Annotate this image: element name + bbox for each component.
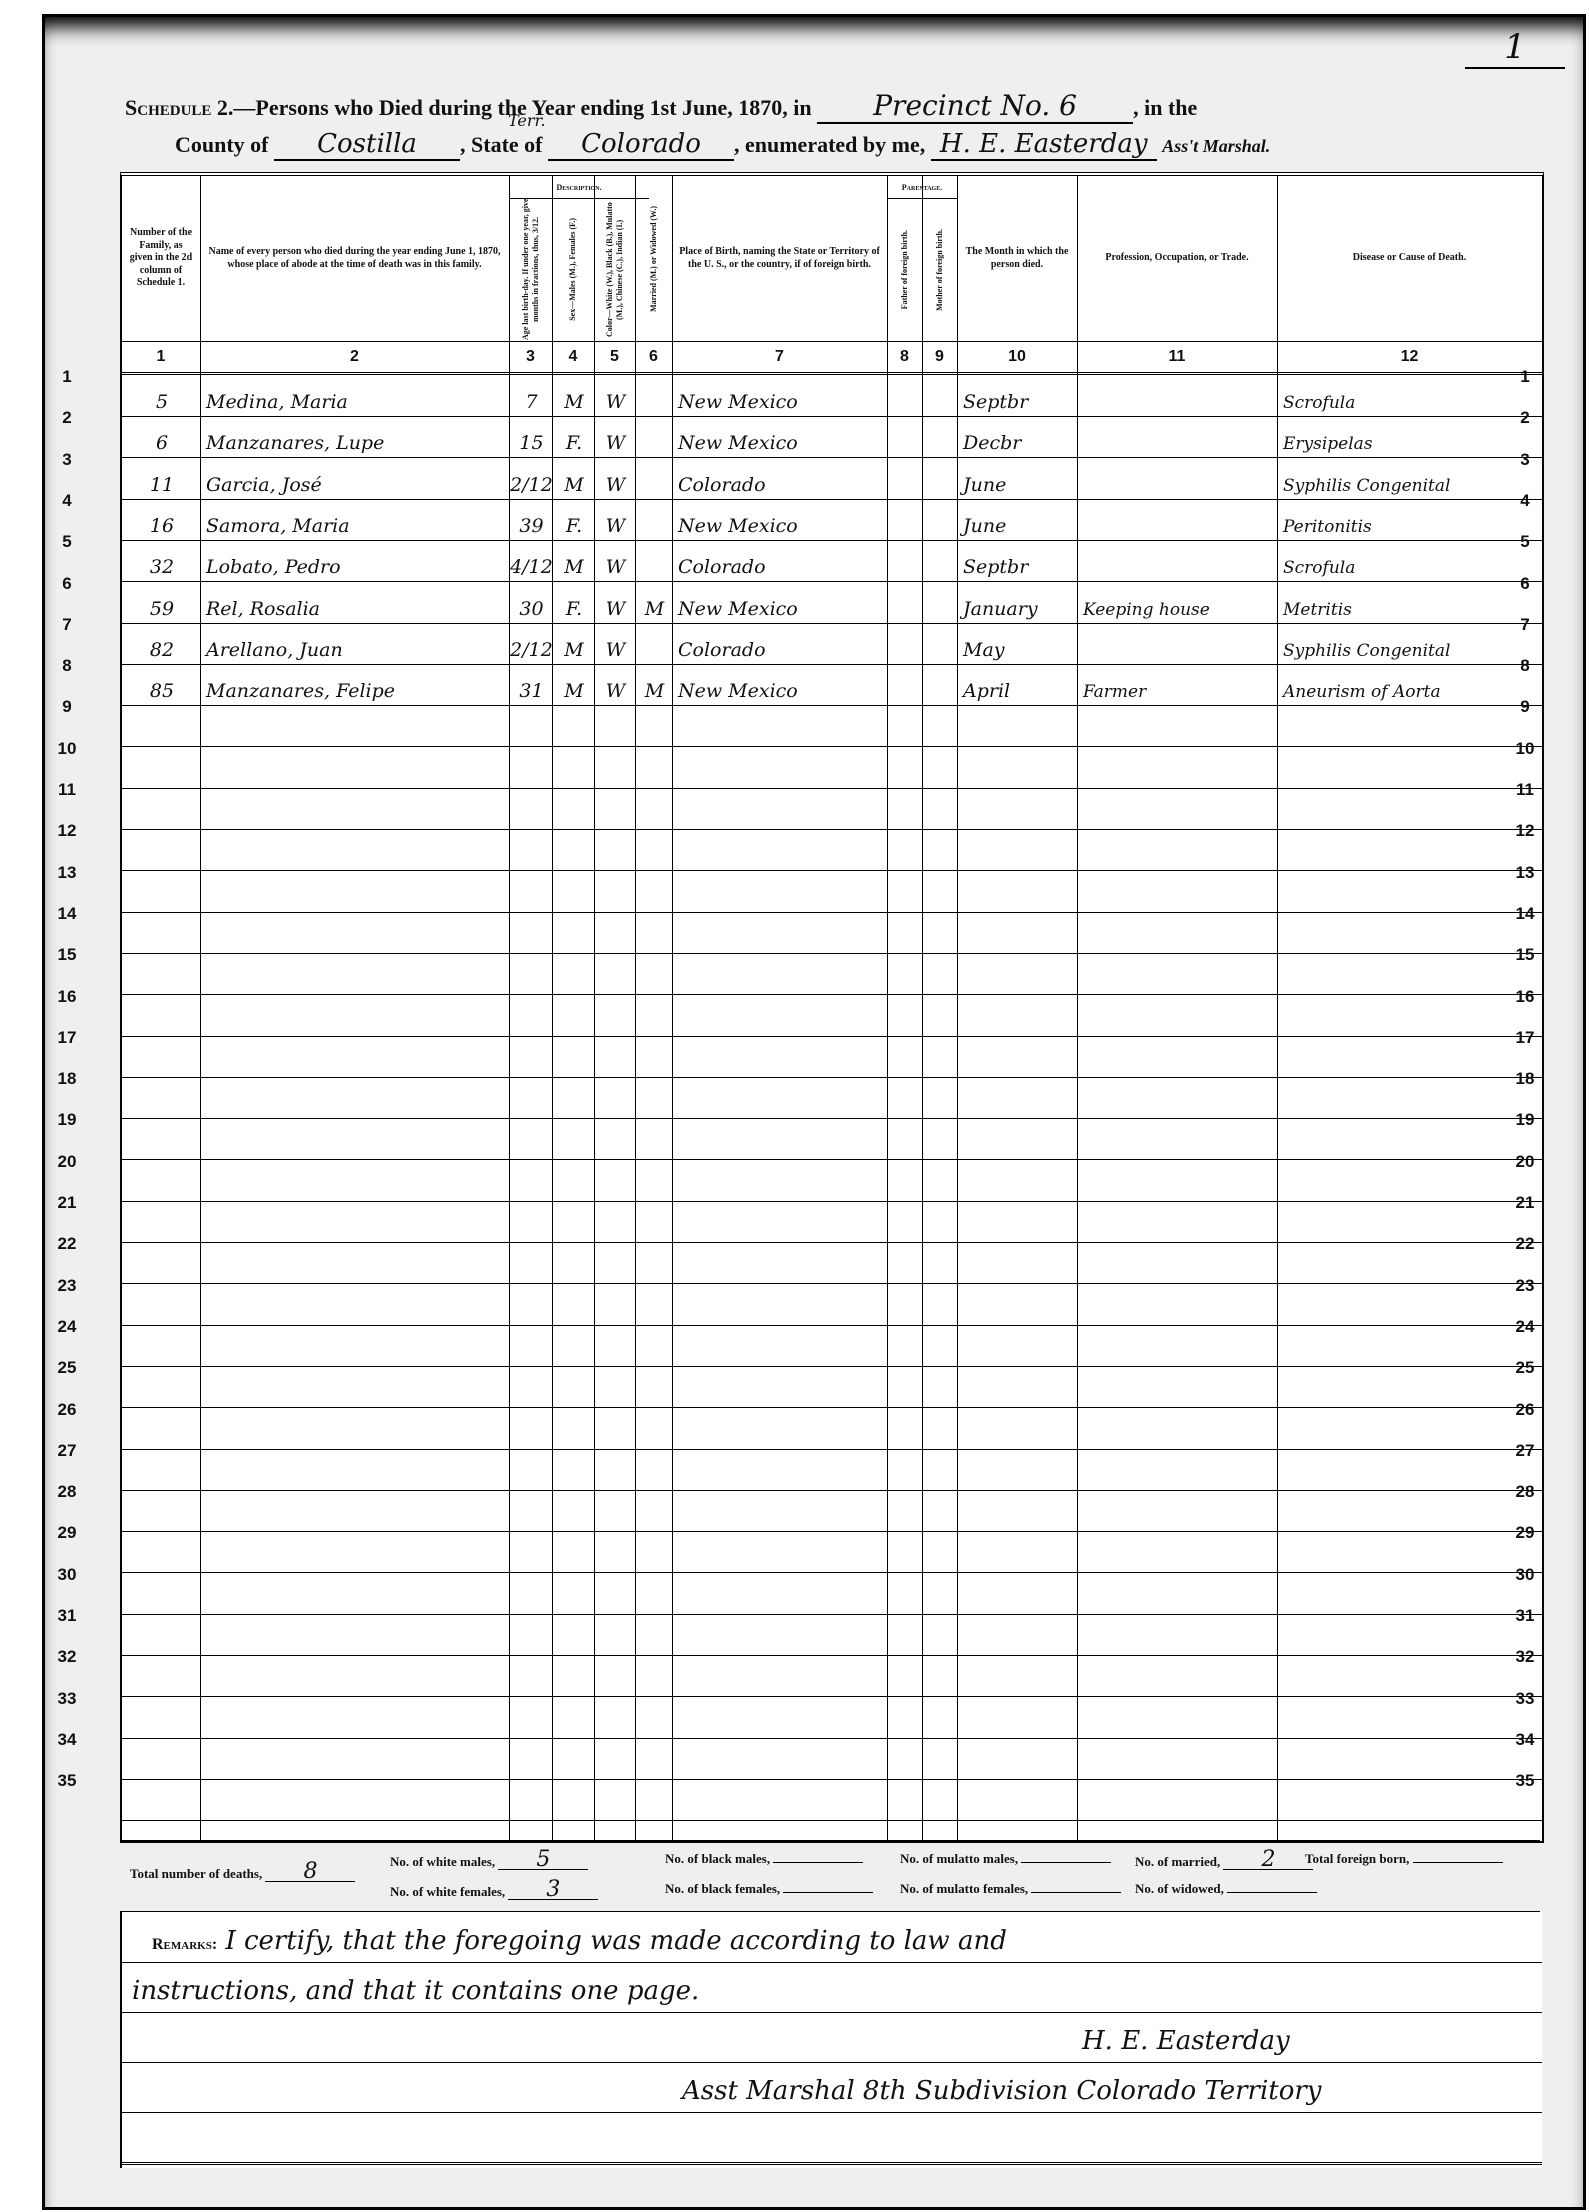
table-row: 82Arellano, Juan2/12MWColoradoMaySyphili…	[122, 623, 1542, 665]
line-number-left: 16	[52, 987, 82, 1007]
column-divider	[957, 176, 958, 1841]
line-number-right: 29	[1510, 1523, 1540, 1543]
line-number-left: 12	[52, 821, 82, 841]
cell-color: W	[600, 458, 631, 499]
cell-birthplace: New Mexico	[678, 664, 883, 705]
table-row	[122, 953, 1542, 995]
cell-sex: M	[558, 458, 590, 499]
cell-sex: F.	[558, 582, 590, 623]
place-field: Precinct No. 6	[817, 89, 1133, 124]
cell-cause: Scrofula	[1283, 540, 1538, 581]
line-number-right: 22	[1510, 1234, 1540, 1254]
line-number-left: 21	[52, 1193, 82, 1213]
state-annotation: Terr.	[508, 111, 546, 130]
column-divider	[672, 176, 673, 1841]
column-header-11: Profession, Occupation, or Trade.	[1077, 176, 1277, 341]
line-number-right: 18	[1510, 1069, 1540, 1089]
table-row	[122, 1036, 1542, 1078]
cell-married	[641, 499, 668, 540]
line-number-right: 14	[1510, 904, 1540, 924]
white-females: No. of white females, 3	[390, 1881, 598, 1900]
line-number-left: 26	[52, 1400, 82, 1420]
table-row	[122, 747, 1542, 789]
cell-occupation	[1083, 416, 1273, 457]
table-row	[122, 1531, 1542, 1573]
cell-father-foreign	[893, 458, 918, 499]
remarks-label: Remarks:	[152, 1936, 217, 1953]
column-number-9: 9	[922, 341, 957, 375]
cell-name: Medina, Maria	[206, 375, 505, 416]
line-number-right: 25	[1510, 1358, 1540, 1378]
line-number-right: 20	[1510, 1152, 1540, 1172]
page-number: 1	[1465, 27, 1565, 69]
cell-occupation	[1083, 458, 1273, 499]
cell-mother-foreign	[928, 458, 953, 499]
cell-color: W	[600, 623, 631, 664]
column-header-10: The Month in which the person died.	[957, 176, 1077, 341]
line-number-right: 31	[1510, 1606, 1540, 1626]
county-field: Costilla	[274, 129, 460, 161]
remarks-section: Remarks: I certify, that the foregoing w…	[120, 1912, 1542, 2168]
line-number-right: 6	[1510, 574, 1540, 594]
table-row	[122, 1449, 1542, 1491]
column-divider	[922, 176, 923, 1841]
line-number-left: 6	[52, 574, 82, 594]
cell-birthplace: New Mexico	[678, 582, 883, 623]
cell-age: 15	[515, 416, 548, 457]
line-number-right: 10	[1510, 739, 1540, 759]
cell-month: June	[963, 499, 1073, 540]
line-number-right: 7	[1510, 615, 1540, 635]
enumerator-field: H. E. Easterday	[931, 129, 1157, 161]
cell-name: Garcia, José	[206, 458, 505, 499]
county-line: County of Costilla, State of Terr.Colora…	[175, 129, 1589, 161]
line-number-right: 9	[1510, 697, 1540, 717]
cell-month: Decbr	[963, 416, 1073, 457]
cell-name: Rel, Rosalia	[206, 582, 505, 623]
schedule-label: Schedule 2.	[125, 95, 233, 120]
line-number-right: 28	[1510, 1482, 1540, 1502]
cell-mother-foreign	[928, 623, 953, 664]
white-males: No. of white males, 5	[390, 1851, 588, 1870]
cell-age: 7	[515, 375, 548, 416]
column-divider	[594, 176, 595, 1841]
mulatto-males-value	[1021, 1862, 1111, 1863]
table-row: 59Rel, Rosalia30F.WMNew MexicoJanuaryKee…	[122, 582, 1542, 624]
cell-cause: Erysipelas	[1283, 416, 1538, 457]
cell-age: 31	[515, 664, 548, 705]
cell-color: W	[600, 664, 631, 705]
line-number-right: 23	[1510, 1276, 1540, 1296]
column-header-4: Sex—Males (M.), Females (F.)	[552, 198, 594, 341]
cell-age: 4/12	[515, 540, 548, 581]
column-number-7: 7	[672, 341, 887, 375]
in-the-text: , in the	[1133, 95, 1197, 120]
column-number-6: 6	[635, 341, 672, 375]
line-number-left: 1	[52, 367, 82, 387]
cell-month: Septbr	[963, 375, 1073, 416]
cell-color: W	[600, 499, 631, 540]
cell-sex: M	[558, 540, 590, 581]
cell-occupation	[1083, 499, 1273, 540]
cell-name: Manzanares, Lupe	[206, 416, 505, 457]
cell-mother-foreign	[928, 540, 953, 581]
cell-birthplace: New Mexico	[678, 375, 883, 416]
line-number-left: 28	[52, 1482, 82, 1502]
column-number-1: 1	[122, 341, 200, 375]
column-header-1: Number of the Family, as given in the 2d…	[122, 176, 200, 341]
state-label: , State of	[460, 132, 542, 157]
line-number-left: 24	[52, 1317, 82, 1337]
line-number-right: 2	[1510, 408, 1540, 428]
column-divider	[552, 176, 553, 1841]
widowed-value	[1227, 1892, 1317, 1893]
cell-month: January	[963, 582, 1073, 623]
line-number-left: 18	[52, 1069, 82, 1089]
line-number-right: 8	[1510, 656, 1540, 676]
line-number-right: 26	[1510, 1400, 1540, 1420]
cell-cause: Scrofula	[1283, 375, 1538, 416]
column-number-3: 3	[509, 341, 552, 375]
signature: H. E. Easterday	[1082, 2026, 1290, 2056]
column-divider	[887, 176, 888, 1841]
cell-married: M	[641, 664, 668, 705]
cell-sex: M	[558, 664, 590, 705]
table-row	[122, 995, 1542, 1037]
line-number-left: 15	[52, 945, 82, 965]
column-divider	[509, 176, 510, 1841]
line-number-right: 17	[1510, 1028, 1540, 1048]
cell-occupation: Keeping house	[1083, 582, 1273, 623]
cell-father-foreign	[893, 664, 918, 705]
column-number-4: 4	[552, 341, 594, 375]
county-label: County of	[175, 132, 269, 157]
line-number-left: 30	[52, 1565, 82, 1585]
cell-father-foreign	[893, 540, 918, 581]
line-number-left: 32	[52, 1647, 82, 1667]
total-deaths-value: 8	[265, 1863, 355, 1882]
line-number-right: 4	[1510, 491, 1540, 511]
table-row: 6Manzanares, Lupe15F.WNew MexicoDecbrEry…	[122, 416, 1542, 458]
cell-mother-foreign	[928, 499, 953, 540]
cell-father-foreign	[893, 416, 918, 457]
cell-cause: Syphilis Congenital	[1283, 458, 1538, 499]
mulatto-females: No. of mulatto females,	[900, 1881, 1121, 1897]
total-deaths: Total number of deaths, 8	[130, 1863, 355, 1882]
cell-mother-foreign	[928, 582, 953, 623]
column-header-3: Age last birth-day. If under one year, g…	[509, 198, 552, 341]
column-header-12: Disease or Cause of Death.	[1277, 176, 1542, 341]
column-number-11: 11	[1077, 341, 1277, 375]
column-number-2: 2	[200, 341, 509, 375]
cell-birthplace: New Mexico	[678, 416, 883, 457]
table-row	[122, 1408, 1542, 1450]
table-row: 16Samora, Maria39F.WNew MexicoJunePerito…	[122, 499, 1542, 541]
cell-birthplace: Colorado	[678, 623, 883, 664]
cell-father-foreign	[893, 623, 918, 664]
cell-cause: Aneurism of Aorta	[1283, 664, 1538, 705]
line-number-left: 19	[52, 1110, 82, 1130]
column-header-5: Color—White (W.), Black (B.), Mulatto (M…	[594, 198, 635, 341]
table-row: 5Medina, Maria7MWNew MexicoSeptbrScroful…	[122, 375, 1542, 417]
column-header-6: Married (M.) or Widowed (W.)	[635, 176, 672, 341]
foreign-born-count: Total foreign born,	[1305, 1851, 1503, 1867]
black-females-value	[783, 1892, 873, 1893]
cell-age: 2/12	[515, 458, 548, 499]
cell-sex: M	[558, 623, 590, 664]
column-header-9: Mother of foreign birth.	[922, 198, 957, 341]
column-header-8: Father of foreign birth.	[887, 198, 922, 341]
line-number-left: 14	[52, 904, 82, 924]
line-number-right: 34	[1510, 1730, 1540, 1750]
table-row	[122, 1201, 1542, 1243]
line-number-right: 35	[1510, 1771, 1540, 1791]
line-number-left: 11	[52, 780, 82, 800]
foreign-born-value	[1413, 1862, 1503, 1863]
table-row	[122, 1779, 1542, 1821]
line-number-left: 17	[52, 1028, 82, 1048]
line-number-left: 9	[52, 697, 82, 717]
table-row	[122, 1366, 1542, 1408]
line-number-left: 3	[52, 450, 82, 470]
cell-family: 5	[128, 375, 196, 416]
table-row	[122, 705, 1542, 747]
cell-occupation	[1083, 540, 1273, 581]
cell-month: May	[963, 623, 1073, 664]
table-row	[122, 1490, 1542, 1532]
table-row	[122, 912, 1542, 954]
cell-cause: Syphilis Congenital	[1283, 623, 1538, 664]
cell-name: Manzanares, Felipe	[206, 664, 505, 705]
line-number-right: 19	[1510, 1110, 1540, 1130]
column-divider	[1277, 176, 1278, 1841]
line-number-left: 33	[52, 1689, 82, 1709]
cell-father-foreign	[893, 499, 918, 540]
cell-month: Septbr	[963, 540, 1073, 581]
table-row	[122, 1284, 1542, 1326]
table-row	[122, 871, 1542, 913]
cell-occupation: Farmer	[1083, 664, 1273, 705]
white-females-value: 3	[508, 1881, 598, 1900]
cell-name: Samora, Maria	[206, 499, 505, 540]
line-number-right: 11	[1510, 780, 1540, 800]
line-number-left: 29	[52, 1523, 82, 1543]
description-group-header: Description.	[509, 176, 649, 199]
cell-married: M	[641, 582, 668, 623]
line-number-right: 21	[1510, 1193, 1540, 1213]
cell-family: 11	[128, 458, 196, 499]
cell-age: 2/12	[515, 623, 548, 664]
cell-sex: F.	[558, 499, 590, 540]
remarks-line-2: instructions, and that it contains one p…	[132, 1976, 699, 2006]
white-males-value: 5	[498, 1851, 588, 1870]
cell-married	[641, 416, 668, 457]
line-number-right: 32	[1510, 1647, 1540, 1667]
cell-family: 6	[128, 416, 196, 457]
cell-sex: F.	[558, 416, 590, 457]
cell-birthplace: Colorado	[678, 458, 883, 499]
line-number-left: 5	[52, 532, 82, 552]
state-field: Terr.Colorado	[548, 129, 734, 161]
marshal-suffix: Ass't Marshal.	[1162, 136, 1270, 156]
cell-mother-foreign	[928, 416, 953, 457]
line-number-right: 24	[1510, 1317, 1540, 1337]
cell-birthplace: New Mexico	[678, 499, 883, 540]
line-number-right: 13	[1510, 863, 1540, 883]
cell-family: 85	[128, 664, 196, 705]
table-row	[122, 1573, 1542, 1615]
cell-color: W	[600, 540, 631, 581]
column-divider	[1077, 176, 1078, 1841]
column-header-7: Place of Birth, naming the State or Terr…	[672, 176, 887, 341]
cell-family: 59	[128, 582, 196, 623]
column-header-2: Name of every person who died during the…	[200, 176, 509, 341]
line-number-right: 3	[1510, 450, 1540, 470]
enumerated-by-label: , enumerated by me,	[734, 132, 925, 157]
cell-married	[641, 458, 668, 499]
line-number-right: 30	[1510, 1565, 1540, 1585]
column-divider	[200, 176, 201, 1841]
table-row: 32Lobato, Pedro4/12MWColoradoSeptbrScrof…	[122, 540, 1542, 582]
table-row	[122, 788, 1542, 830]
table-row	[122, 1614, 1542, 1656]
table-row	[122, 1325, 1542, 1367]
table-row	[122, 1655, 1542, 1697]
cell-married	[641, 623, 668, 664]
cell-name: Arellano, Juan	[206, 623, 505, 664]
line-number-left: 20	[52, 1152, 82, 1172]
cell-color: W	[600, 375, 631, 416]
deaths-table: Description. Parentage. Number of the Fa…	[120, 172, 1544, 1843]
column-divider	[635, 176, 636, 1841]
line-number-left: 34	[52, 1730, 82, 1750]
cell-married	[641, 540, 668, 581]
cell-occupation	[1083, 375, 1273, 416]
black-males-value	[773, 1862, 863, 1863]
line-number-left: 31	[52, 1606, 82, 1626]
line-number-left: 7	[52, 615, 82, 635]
totals-section: Total number of deaths, 8 No. of white m…	[120, 1840, 1540, 1914]
cell-mother-foreign	[928, 375, 953, 416]
line-number-left: 25	[52, 1358, 82, 1378]
line-number-right: 27	[1510, 1441, 1540, 1461]
line-number-right: 12	[1510, 821, 1540, 841]
line-number-left: 27	[52, 1441, 82, 1461]
line-number-right: 15	[1510, 945, 1540, 965]
cell-occupation	[1083, 623, 1273, 664]
line-number-left: 8	[52, 656, 82, 676]
table-row: 11Garcia, José2/12MWColoradoJuneSyphilis…	[122, 458, 1542, 500]
cell-age: 39	[515, 499, 548, 540]
cell-birthplace: Colorado	[678, 540, 883, 581]
cell-father-foreign	[893, 582, 918, 623]
column-number-8: 8	[887, 341, 922, 375]
signer-title: Asst Marshal 8th Subdivision Colorado Te…	[682, 2076, 1322, 2106]
table-row	[122, 1118, 1542, 1160]
married-value: 2	[1223, 1851, 1313, 1870]
married-count: No. of married, 2	[1135, 1851, 1313, 1870]
cell-cause: Metritis	[1283, 582, 1538, 623]
cell-month: June	[963, 458, 1073, 499]
column-number-10: 10	[957, 341, 1077, 375]
cell-age: 30	[515, 582, 548, 623]
mulatto-males: No. of mulatto males,	[900, 1851, 1111, 1867]
table-row	[122, 1242, 1542, 1284]
column-number-5: 5	[594, 341, 635, 375]
cell-family: 82	[128, 623, 196, 664]
table-row	[122, 1697, 1542, 1739]
cell-family: 32	[128, 540, 196, 581]
cell-name: Lobato, Pedro	[206, 540, 505, 581]
line-number-right: 5	[1510, 532, 1540, 552]
line-number-left: 22	[52, 1234, 82, 1254]
cell-cause: Peritonitis	[1283, 499, 1538, 540]
line-number-left: 13	[52, 863, 82, 883]
cell-married	[641, 375, 668, 416]
remarks-line-1: Remarks: I certify, that the foregoing w…	[152, 1926, 1007, 1956]
line-number-right: 1	[1510, 367, 1540, 387]
cell-month: April	[963, 664, 1073, 705]
cell-family: 16	[128, 499, 196, 540]
cell-mother-foreign	[928, 664, 953, 705]
widowed-count: No. of widowed,	[1135, 1881, 1317, 1897]
table-row	[122, 1160, 1542, 1202]
line-number-left: 4	[52, 491, 82, 511]
cell-color: W	[600, 416, 631, 457]
black-males: No. of black males,	[665, 1851, 863, 1867]
table-row	[122, 1077, 1542, 1119]
table-row: 85Manzanares, Felipe31MWMNew MexicoApril…	[122, 664, 1542, 706]
line-number-left: 23	[52, 1276, 82, 1296]
line-number-left: 2	[52, 408, 82, 428]
schedule-title: Schedule 2.—Persons who Died during the …	[125, 89, 1585, 124]
line-number-left: 35	[52, 1771, 82, 1791]
cell-color: W	[600, 582, 631, 623]
table-row	[122, 829, 1542, 871]
black-females: No. of black females,	[665, 1881, 873, 1897]
line-number-right: 33	[1510, 1689, 1540, 1709]
line-number-left: 10	[52, 739, 82, 759]
cell-father-foreign	[893, 375, 918, 416]
mulatto-females-value	[1031, 1892, 1121, 1893]
line-number-right: 16	[1510, 987, 1540, 1007]
column-number-12: 12	[1277, 341, 1542, 375]
cell-sex: M	[558, 375, 590, 416]
table-row	[122, 1738, 1542, 1780]
